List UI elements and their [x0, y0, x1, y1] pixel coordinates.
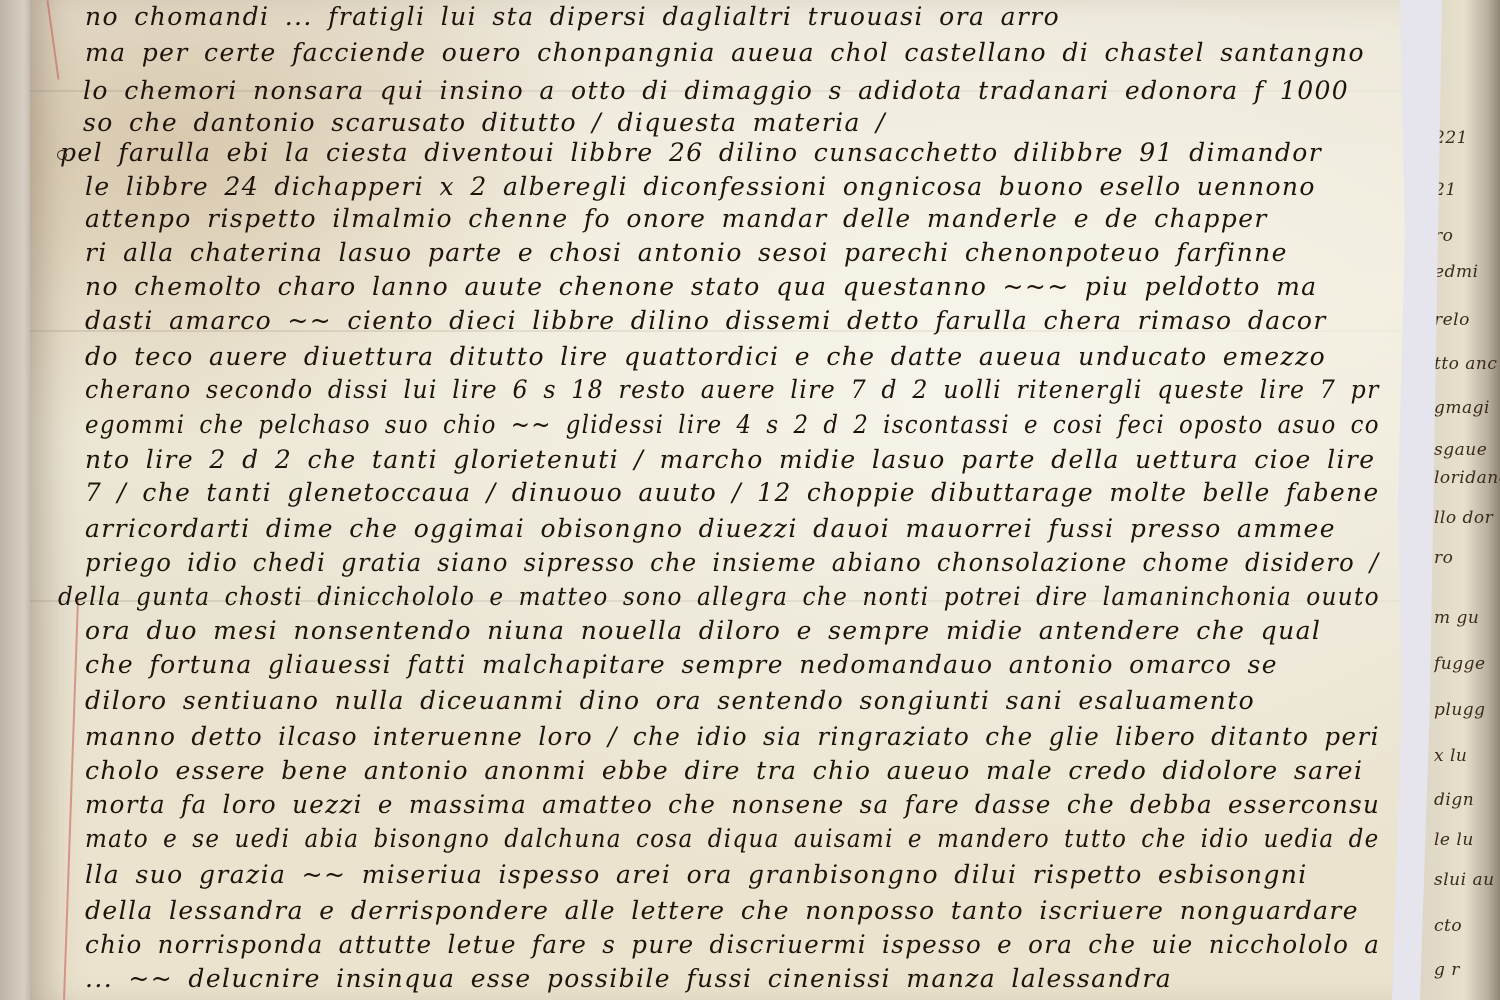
back-sheet-line: 21	[1434, 180, 1500, 200]
manuscript-line: no chomandi ... fratigli lui sta dipersi…	[85, 2, 1060, 31]
manuscript-line: chio norrisponda attutte letue fare s pu…	[85, 930, 1380, 959]
manuscript-line: cherano secondo dissi lui lire 6 s 18 re…	[85, 375, 1380, 404]
manuscript-line: nto lire 2 d 2 che tanti glorietenuti / …	[85, 445, 1375, 474]
manuscript-line: ... ~~ delucnire insinqua esse possibile…	[85, 964, 1172, 993]
manuscript-line: no chemolto charo lanno auute chenone st…	[85, 272, 1318, 301]
manuscript-line: che fortuna gliauessi fatti malchapitare…	[85, 650, 1278, 679]
manuscript-line: mato e se uedi abia bisongno dalchuna co…	[85, 824, 1380, 853]
back-sheet-line: 221	[1434, 128, 1500, 148]
back-sheet-line: llo dor	[1434, 508, 1500, 528]
back-sheet-line: sgaue	[1434, 440, 1500, 460]
back-sheet-line: ro	[1434, 548, 1500, 568]
manuscript-line: so che dantonio scarusato ditutto / diqu…	[83, 108, 886, 137]
manuscript-line: pel farulla ebi la ciesta diventoui libb…	[60, 138, 1322, 167]
manuscript-line: 7 / che tanti glenetoccaua / dinuouo auu…	[85, 478, 1380, 507]
manuscript-line: ma per certe facciende ouero chonpangnia…	[85, 38, 1365, 67]
manuscript-line: lla suo grazia ~~ miseriua ispesso arei …	[85, 860, 1308, 889]
manuscript-line: arricordarti dime che oggimai obisongno …	[85, 514, 1336, 543]
margin-ruling-line	[63, 600, 79, 1000]
back-sheet-line: gmagi	[1434, 398, 1500, 418]
back-sheet-line: slui au	[1434, 870, 1500, 890]
back-sheet-line: edmi	[1434, 262, 1500, 282]
manuscript-line: manno detto ilcaso interuenne loro / che…	[85, 722, 1380, 751]
back-sheet-line: cto	[1434, 916, 1500, 936]
back-sheet-line: fugge	[1434, 654, 1500, 674]
manuscript-line: attenpo rispetto ilmalmio chenne fo onor…	[85, 204, 1268, 233]
manuscript-line: cholo essere bene antonio anonmi ebbe di…	[85, 756, 1363, 785]
manuscript-line: le libbre 24 dichapperi x 2 alberegli di…	[85, 172, 1316, 201]
back-sheet-line: le lu	[1434, 830, 1500, 850]
manuscript-line: lo chemori nonsara qui insino a otto di …	[83, 76, 1349, 105]
back-sheet-line: g r	[1434, 960, 1500, 980]
back-sheet-line: loridano	[1434, 468, 1500, 488]
margin-ruling-line	[46, 0, 59, 79]
back-sheet-line: plugg	[1434, 700, 1500, 720]
manuscript-line: egommi che pelchaso suo chio ~~ glidessi…	[85, 410, 1380, 439]
manuscript-line: priego idio chedi gratia siano sipresso …	[85, 548, 1379, 577]
manuscript-line: ora duo mesi nonsentendo niuna nouella d…	[85, 616, 1321, 645]
back-sheet-line: x lu	[1434, 746, 1500, 766]
back-sheet-line: relo	[1434, 310, 1500, 330]
back-sheet-line: ro	[1434, 226, 1500, 246]
manuscript-line: della lessandra e derrispondere alle let…	[85, 896, 1359, 925]
manuscript-line: morta fa loro uezzi e massima amatteo ch…	[85, 790, 1380, 819]
manuscript-line: diloro sentiuano nulla diceuanmi dino or…	[85, 686, 1255, 715]
manuscript-line: do teco auere diuettura ditutto lire qua…	[85, 342, 1326, 371]
manuscript-photo: 22121roedmirelotto ancgmagisgaueloridano…	[0, 0, 1500, 1000]
back-sheet-line: m gu	[1434, 608, 1500, 628]
manuscript-line: ri alla chaterina lasuo parte e chosi an…	[85, 238, 1288, 267]
back-sheet-line: tto anc	[1434, 354, 1500, 374]
manuscript-line: dasti amarco ~~ ciento dieci libbre dili…	[85, 306, 1327, 335]
manuscript-line: della gunta chosti dinicchololo e matteo…	[58, 582, 1380, 611]
back-sheet-line: dign	[1434, 790, 1500, 810]
